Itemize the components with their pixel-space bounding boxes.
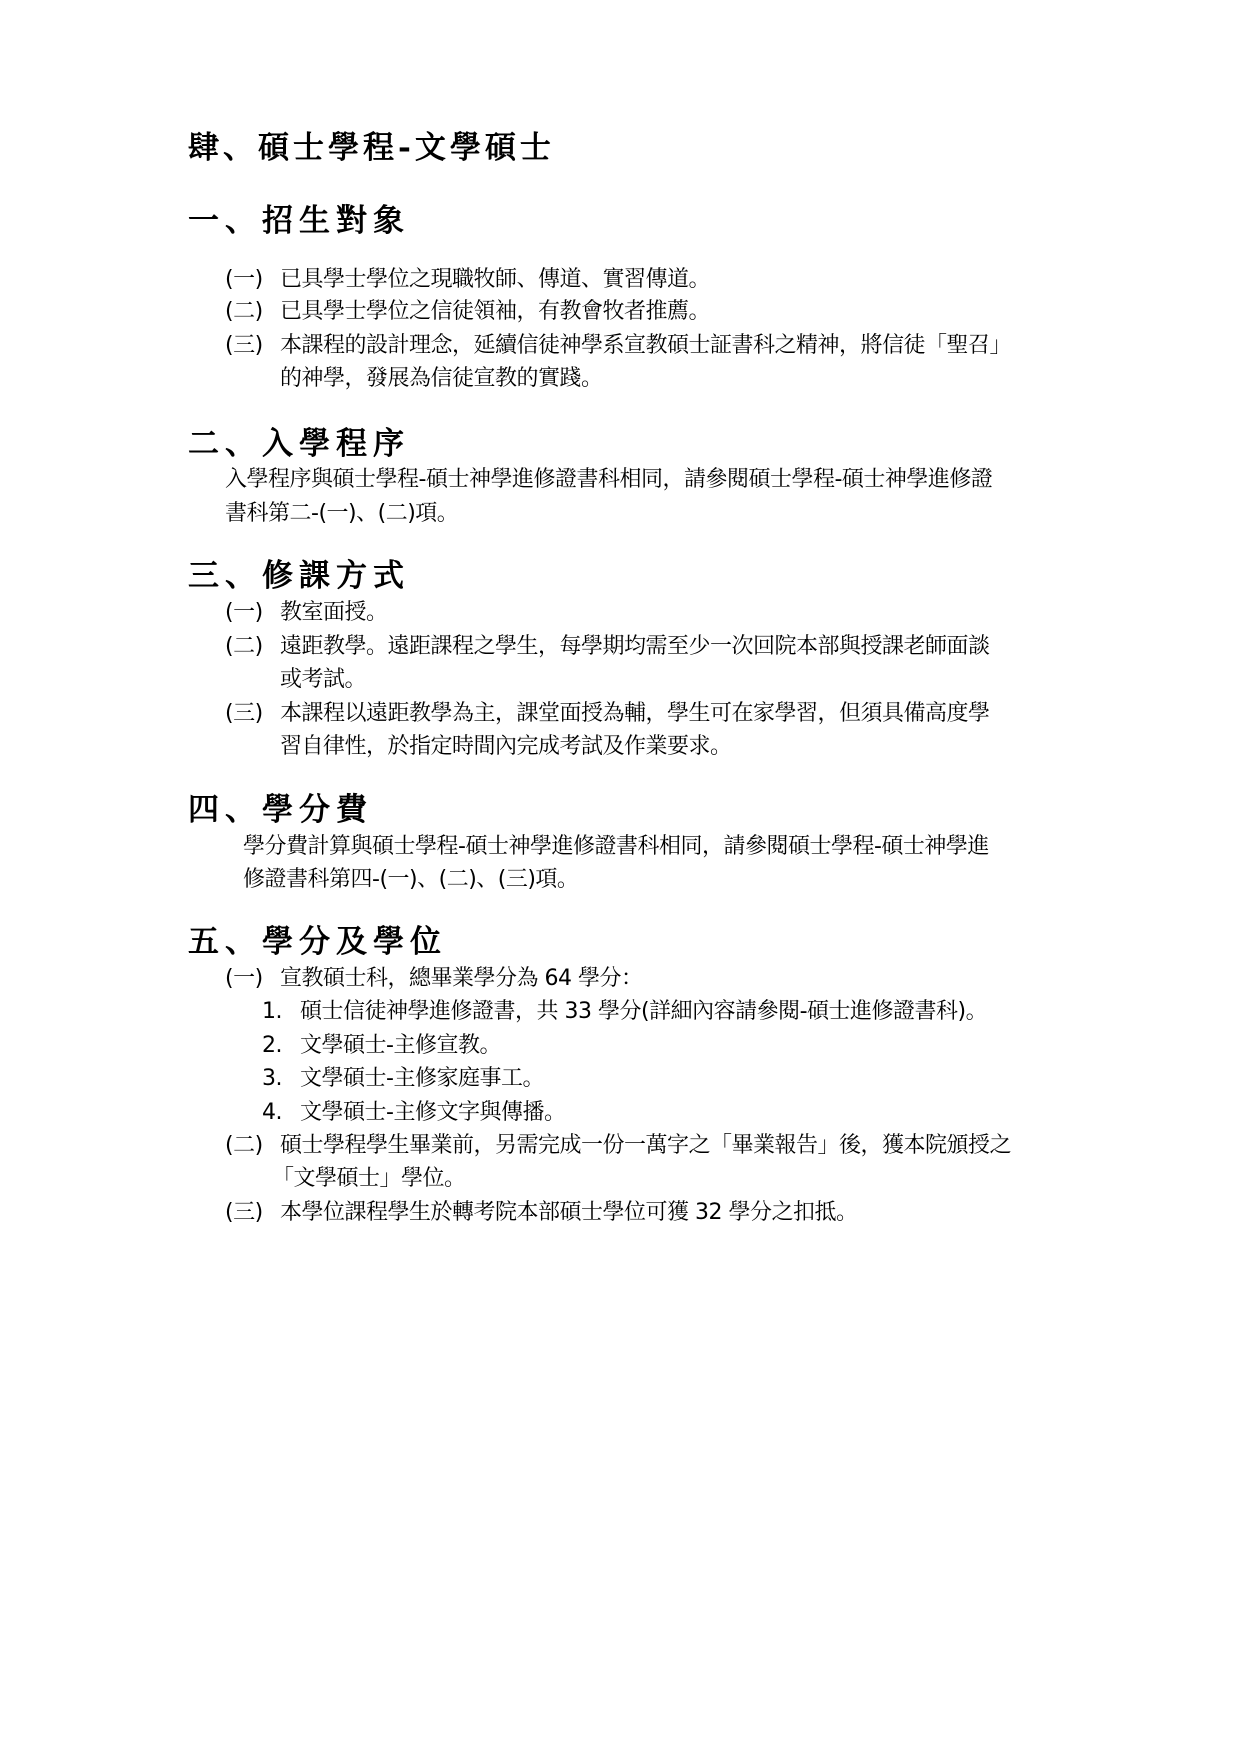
- list-item-text: 本課程的設計理念，延續信徒神學系宣教碩士証書科之精神，將信徒「聖召」: [280, 333, 1011, 358]
- sub-list-item-text: 碩士信徒神學進修證書，共 33 學分(詳細內容請參閱-碩士進修證書科)。: [300, 999, 987, 1024]
- sub-list-item: 1.碩士信徒神學進修證書，共 33 學分(詳細內容請參閱-碩士進修證書科)。: [262, 997, 987, 1027]
- section-heading-tuition: 四、學分費: [188, 790, 373, 830]
- section-heading-admission-procedure: 二、入學程序: [188, 424, 410, 464]
- sub-list-item-text: 文學碩士-主修家庭事工。: [300, 1066, 544, 1091]
- list-item-text: 已具學士學位之現職牧師、傳道、實習傳道。: [280, 267, 710, 292]
- section-heading-admission-target: 一、招生對象: [188, 201, 410, 241]
- list-item: (一)宣教碩士科，總畢業學分為 64 學分：: [225, 964, 642, 994]
- list-item: (三)本課程以遠距教學為主，課堂面授為輔，學生可在家學習，但須具備高度學: [225, 699, 990, 729]
- sub-list-marker: 1.: [262, 997, 300, 1027]
- list-item: (三)本學位課程學生於轉考院本部碩士學位可獲 32 學分之扣抵。: [225, 1198, 857, 1228]
- list-marker: (一): [225, 598, 280, 628]
- paragraph-line: 入學程序與碩士學程-碩士神學進修證書科相同，請參閱碩士學程-碩士神學進修證: [225, 465, 992, 495]
- list-marker: (三): [225, 331, 280, 361]
- list-item: (二)遠距教學。遠距課程之學生，每學期均需至少一次回院本部與授課老師面談: [225, 632, 990, 662]
- list-marker: (二): [225, 1131, 280, 1161]
- sub-list-marker: 4.: [262, 1098, 300, 1128]
- document-page: 肆、碩士學程-文學碩士 一、招生對象 (一)已具學士學位之現職牧師、傳道、實習傳…: [0, 0, 1241, 1755]
- paragraph-line: 書科第二-(一)、(二)項。: [225, 499, 458, 529]
- list-item-text: 碩士學程學生畢業前，另需完成一份一萬字之「畢業報告」後，獲本院頒授之: [280, 1133, 1011, 1158]
- section-heading-credits-degree: 五、學分及學位: [188, 922, 447, 962]
- list-marker: (三): [225, 1198, 280, 1228]
- list-item: (二)已具學士學位之信徒領袖，有教會牧者推薦。: [225, 297, 710, 327]
- list-item-continuation: 「文學碩士」學位。: [272, 1164, 466, 1194]
- list-item-text: 已具學士學位之信徒領袖，有教會牧者推薦。: [280, 299, 710, 324]
- paragraph-line: 修證書科第四-(一)、(二)、(三)項。: [243, 865, 578, 895]
- list-item-text: 本學位課程學生於轉考院本部碩士學位可獲 32 學分之扣抵。: [280, 1200, 857, 1225]
- sub-list-item: 3.文學碩士-主修家庭事工。: [262, 1064, 544, 1094]
- list-item-continuation: 習自律性，於指定時間內完成考試及作業要求。: [280, 732, 732, 762]
- section-heading-study-mode: 三、修課方式: [188, 556, 410, 596]
- sub-list-item: 4.文學碩士-主修文字與傳播。: [262, 1098, 565, 1128]
- list-item-text: 遠距教學。遠距課程之學生，每學期均需至少一次回院本部與授課老師面談: [280, 634, 990, 659]
- document-title: 肆、碩士學程-文學碩士: [188, 128, 555, 168]
- list-item: (一)已具學士學位之現職牧師、傳道、實習傳道。: [225, 265, 710, 295]
- sub-list-marker: 2.: [262, 1031, 300, 1061]
- sub-list-item: 2.文學碩士-主修宣教。: [262, 1031, 501, 1061]
- sub-list-item-text: 文學碩士-主修宣教。: [300, 1033, 501, 1058]
- list-item: (一)教室面授。: [225, 598, 388, 628]
- paragraph-line: 學分費計算與碩士學程-碩士神學進修證書科相同，請參閱碩士學程-碩士神學進: [243, 832, 989, 862]
- list-item-text: 教室面授。: [280, 600, 388, 625]
- list-item-text: 宣教碩士科，總畢業學分為 64 學分：: [280, 966, 642, 991]
- list-item-continuation: 或考試。: [280, 665, 366, 695]
- list-marker: (一): [225, 265, 280, 295]
- sub-list-marker: 3.: [262, 1064, 300, 1094]
- list-marker: (一): [225, 964, 280, 994]
- list-item-continuation: 的神學，發展為信徒宣教的實踐。: [280, 364, 603, 394]
- list-marker: (二): [225, 297, 280, 327]
- sub-list-item-text: 文學碩士-主修文字與傳播。: [300, 1100, 565, 1125]
- list-marker: (二): [225, 632, 280, 662]
- list-item: (三)本課程的設計理念，延續信徒神學系宣教碩士証書科之精神，將信徒「聖召」: [225, 331, 1011, 361]
- list-marker: (三): [225, 699, 280, 729]
- list-item: (二)碩士學程學生畢業前，另需完成一份一萬字之「畢業報告」後，獲本院頒授之: [225, 1131, 1011, 1161]
- list-item-text: 本課程以遠距教學為主，課堂面授為輔，學生可在家學習，但須具備高度學: [280, 701, 990, 726]
